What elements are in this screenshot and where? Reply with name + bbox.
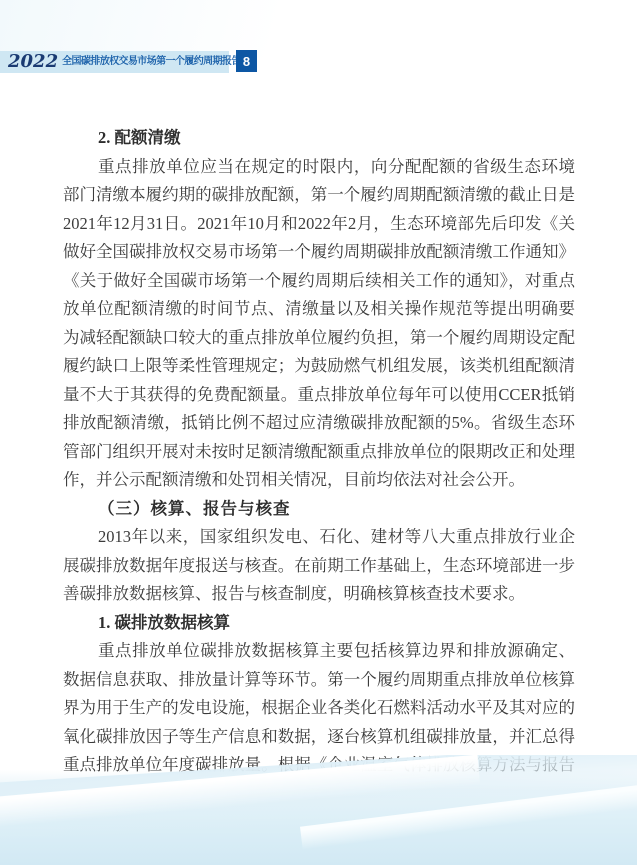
- text-line: 为减轻配额缺口较大的重点排放单位履约负担，第一个履约周期设定配额: [63, 324, 575, 353]
- text-line: 部门清缴本履约期的碳排放配额，第一个履约周期配额清缴的截止日是: [63, 181, 575, 210]
- report-title: 全国碳排放权交易市场第一个履约周期报告: [62, 51, 241, 73]
- report-year: 2022: [8, 51, 58, 73]
- page-header-bar: 2022 全国碳排放权交易市场第一个履约周期报告: [0, 51, 229, 73]
- text-line: 数据信息获取、排放量计算等环节。第一个履约周期重点排放单位核算边: [63, 666, 575, 695]
- text-line: 重点排放单位碳排放数据核算主要包括核算边界和排放源确定、生产: [63, 637, 575, 666]
- text-line: 放单位配额清缴的时间节点、清缴量以及相关操作规范等提出明确要求。: [63, 295, 575, 324]
- text-line: 重点排放单位应当在规定的时限内，向分配配额的省级生态环境主管: [63, 153, 575, 182]
- text-line: 重点排放单位年度碳排放量。根据《企业温室气体排放核算方法与报告指: [63, 751, 575, 780]
- page-number-badge: 8: [236, 50, 257, 72]
- text-line: 善碳排放数据核算、报告与核查制度，明确核算核查技术要求。: [63, 580, 575, 609]
- top-decoration: [0, 0, 460, 58]
- page-number: 8: [243, 54, 250, 69]
- heading-line: 1. 碳排放数据核算: [63, 609, 575, 638]
- text-line: 《关于做好全国碳市场第一个履约周期后续相关工作的通知》，对重点排: [63, 267, 575, 296]
- wave-white-streak: [300, 776, 637, 853]
- text-line: 展碳排放数据年度报送与核查。在前期工作基础上，生态环境部进一步完: [63, 552, 575, 581]
- text-line: 2021年12月31日。2021年10月和2022年2月，生态环境部先后印发《关…: [63, 210, 575, 239]
- heading-line: （三）核算、报告与核查: [63, 495, 575, 524]
- text-line: 排放配额清缴，抵销比例不超过应清缴碳排放配额的5%。省级生态环境主: [63, 409, 575, 438]
- text-line: 氧化碳排放因子等生产信息和数据，逐台核算机组碳排放量，并汇总得到: [63, 723, 575, 752]
- heading-line: 2. 配额清缴: [63, 124, 575, 153]
- text-line: 管部门组织开展对未按时足额清缴配额重点排放单位的限期改正和处理工: [63, 438, 575, 467]
- body-text: 2. 配额清缴重点排放单位应当在规定的时限内，向分配配额的省级生态环境主管部门清…: [63, 124, 575, 780]
- text-line: 2013年以来，国家组织发电、石化、建材等八大重点排放行业企业开: [63, 523, 575, 552]
- text-line: 界为用于生产的发电设施，根据企业各类化石燃料活动水平及其对应的二: [63, 694, 575, 723]
- text-line: 量不大于其获得的免费配额量。重点排放单位每年可以使用CCER抵销碳: [63, 381, 575, 410]
- text-line: 履约缺口上限等柔性管理规定；为鼓励燃气机组发展，该类机组配额清缴: [63, 352, 575, 381]
- text-line: 作，并公示配额清缴和处罚相关情况，目前均依法对社会公开。: [63, 466, 575, 495]
- text-line: 做好全国碳排放权交易市场第一个履约周期碳排放配额清缴工作通知》和: [63, 238, 575, 267]
- wave-base-shape: [0, 770, 637, 865]
